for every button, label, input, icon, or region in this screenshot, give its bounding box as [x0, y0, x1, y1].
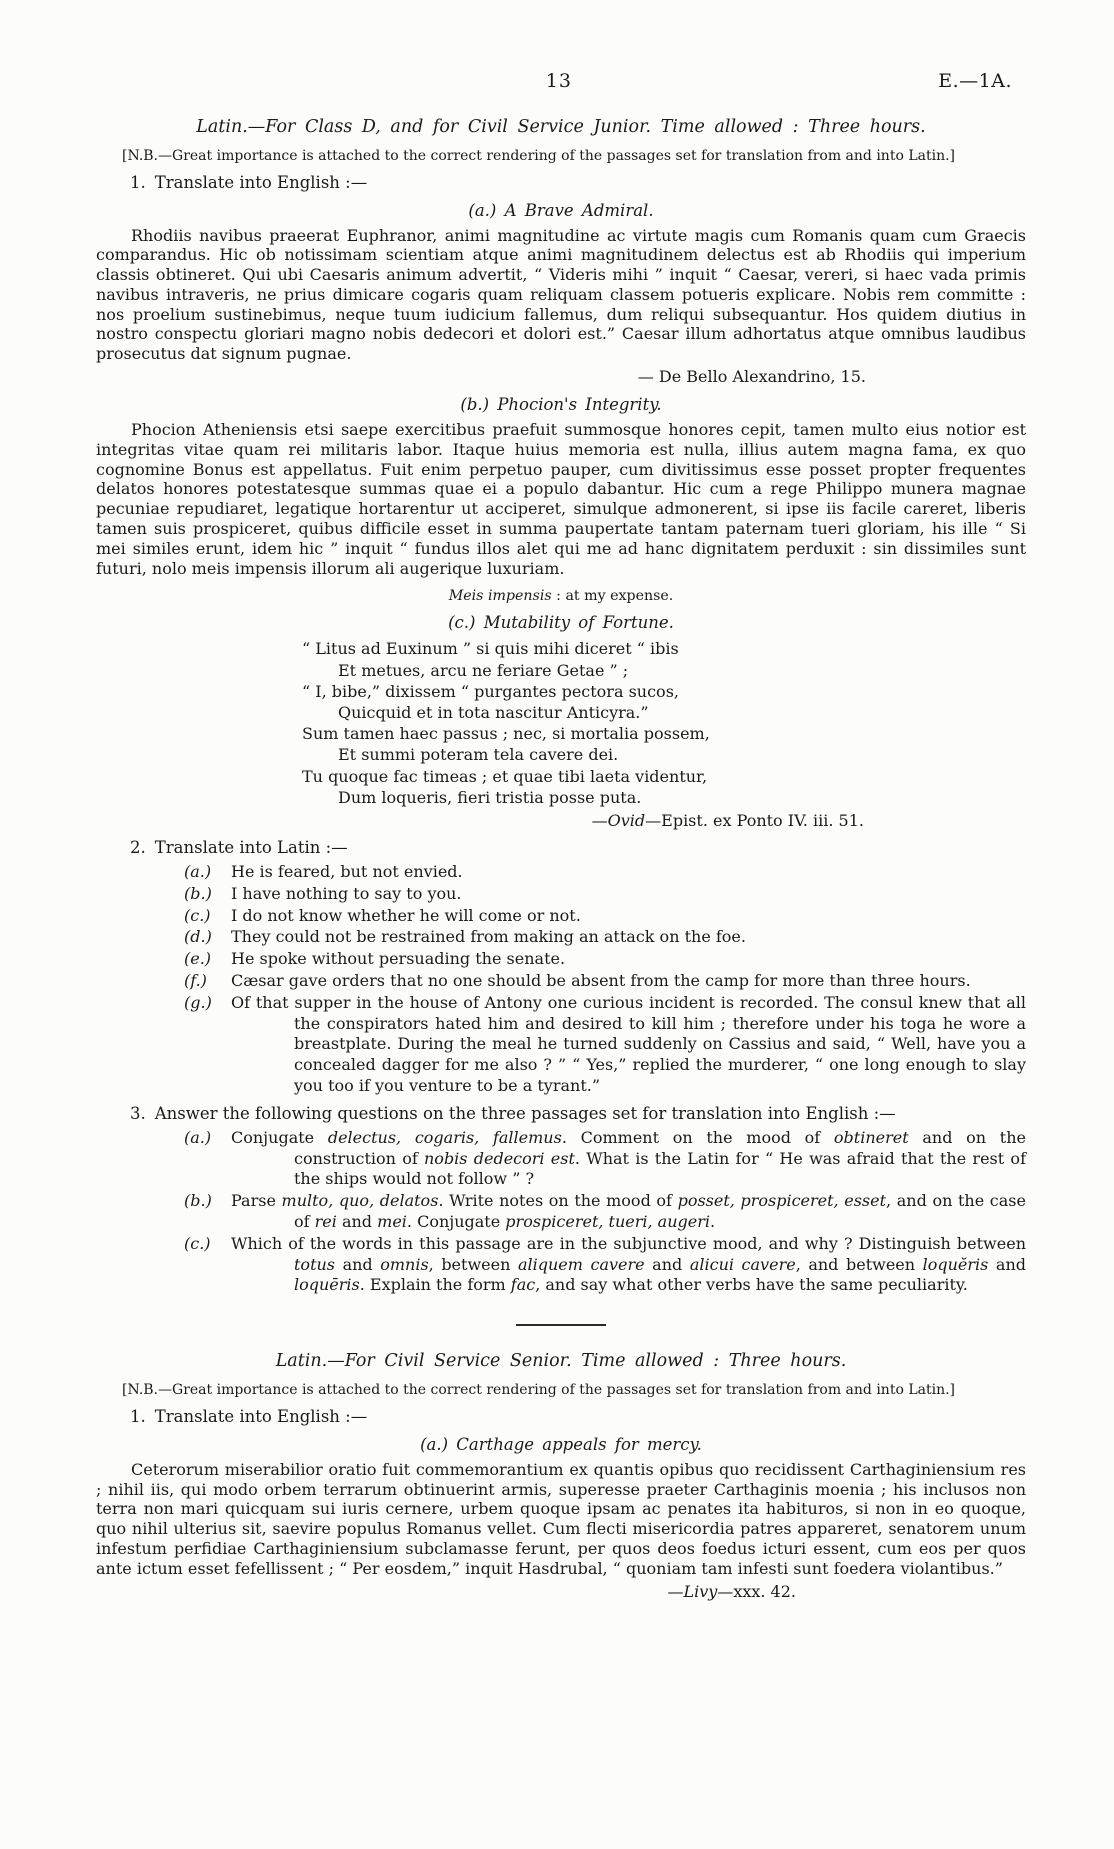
poem-line: Tu quoque fac timeas ; et quae tibi laet…	[302, 766, 1026, 787]
question-3-number: 3.	[130, 1104, 146, 1123]
question-3-text: Answer the following questions on the th…	[155, 1104, 896, 1123]
nb-note-junior: [N.B.—Great importance is attached to th…	[96, 148, 1026, 166]
item-text: Conjugate delectus, cogaris, fallemus. C…	[231, 1128, 1026, 1189]
list-item: (f.)Cæsar gave orders that no one should…	[96, 971, 1026, 992]
question-2-text: Translate into Latin :—	[155, 838, 348, 857]
list-item: (a.)He is feared, but not envied.	[96, 862, 1026, 883]
poem-line: Sum tamen haec passus ; nec, si mortalia…	[302, 723, 1026, 744]
nb-note-senior: [N.B.—Great importance is attached to th…	[96, 1382, 1026, 1400]
list-item: (e.)He spoke without persuading the sena…	[96, 949, 1026, 970]
item-text: He spoke without persuading the senate.	[231, 949, 565, 968]
exam-title-senior: Latin.—For Civil Service Senior. Time al…	[96, 1350, 1026, 1372]
page-header: 13 E.—1A.	[96, 70, 1026, 96]
question-1-senior-number: 1.	[130, 1407, 146, 1426]
senior-passage-a-body: Ceterorum miserabilior oratio fuit comme…	[96, 1460, 1026, 1579]
poem-line: “ Litus ad Euxinum ” si quis mihi dicere…	[302, 638, 1026, 659]
question-1-senior: 1.Translate into English :—	[96, 1406, 1026, 1427]
question-1: 1.Translate into English :—	[96, 172, 1026, 193]
item-marker: (c.)	[184, 906, 231, 927]
item-marker: (a.)	[184, 1128, 231, 1149]
poem-line: “ I, bibe,” dixissem “ purgantes pectora…	[302, 681, 1026, 702]
question-1-senior-text: Translate into English :—	[155, 1407, 367, 1426]
item-marker: (a.)	[184, 862, 231, 883]
senior-passage-a-heading: (a.) Carthage appeals for mercy.	[96, 1434, 1026, 1455]
item-marker: (c.)	[184, 1234, 231, 1255]
item-marker: (b.)	[184, 1191, 231, 1212]
item-text: He is feared, but not envied.	[231, 862, 463, 881]
list-item: (c.)I do not know whether he will come o…	[96, 906, 1026, 927]
question-1-number: 1.	[130, 173, 146, 192]
item-text: Of that supper in the house of Antony on…	[231, 993, 1026, 1095]
list-item: (b.)I have nothing to say to you.	[96, 884, 1026, 905]
poem-line: Et summi poteram tela cavere dei.	[302, 744, 1026, 765]
question-1-text: Translate into English :—	[155, 173, 367, 192]
poem: “ Litus ad Euxinum ” si quis mihi dicere…	[302, 638, 1026, 808]
page-number: 13	[546, 70, 572, 92]
poem-line: Dum loqueris, fieri tristia posse puta.	[302, 787, 1026, 808]
exam-title-junior: Latin.—For Class D, and for Civil Servic…	[96, 116, 1026, 138]
question-3: 3.Answer the following questions on the …	[96, 1103, 1026, 1124]
item-marker: (f.)	[184, 971, 231, 992]
question-2-number: 2.	[130, 838, 146, 857]
item-marker: (b.)	[184, 884, 231, 905]
poem-line: Quicquid et in tota nascitur Anticyra.”	[302, 702, 1026, 723]
senior-passage-a-source: —Livy—xxx. 42.	[96, 1582, 1026, 1602]
item-text: They could not be restrained from making…	[231, 927, 746, 946]
passage-a-source: — De Bello Alexandrino, 15.	[96, 367, 1026, 387]
passage-a-body: Rhodiis navibus praeerat Euphranor, anim…	[96, 226, 1026, 365]
item-text: I have nothing to say to you.	[231, 884, 462, 903]
list-item: (a.)Conjugate delectus, cogaris, fallemu…	[96, 1128, 1026, 1190]
item-marker: (g.)	[184, 993, 231, 1014]
list-item: (d.)They could not be restrained from ma…	[96, 927, 1026, 948]
passage-b-body: Phocion Atheniensis etsi saepe exercitib…	[96, 420, 1026, 578]
page-content: 13 E.—1A. Latin.—For Class D, and for Ci…	[0, 0, 1114, 1602]
vocabulary-note: Meis impensis : at my expense.	[96, 587, 1026, 605]
question-2: 2.Translate into Latin :—	[96, 837, 1026, 858]
list-item: (g.)Of that supper in the house of Anton…	[96, 993, 1026, 1097]
passage-c-heading: (c.) Mutability of Fortune.	[96, 612, 1026, 633]
passage-c-source: —Ovid—Epist. ex Ponto IV. iii. 51.	[96, 811, 1026, 831]
list-item: (b.)Parse multo, quo, delatos. Write not…	[96, 1191, 1026, 1233]
passage-a-heading: (a.) A Brave Admiral.	[96, 200, 1026, 221]
passage-b-heading: (b.) Phocion's Integrity.	[96, 394, 1026, 415]
item-text: Parse multo, quo, delatos. Write notes o…	[231, 1191, 1026, 1231]
item-text: Cæsar gave orders that no one should be …	[231, 971, 971, 990]
section-divider	[516, 1324, 606, 1326]
document-reference: E.—1A.	[938, 70, 1012, 92]
list-item: (c.)Which of the words in this passage a…	[96, 1234, 1026, 1296]
item-text: I do not know whether he will come or no…	[231, 906, 581, 925]
item-marker: (d.)	[184, 927, 231, 948]
poem-line: Et metues, arcu ne feriare Getae ” ;	[302, 660, 1026, 681]
item-text: Which of the words in this passage are i…	[231, 1234, 1026, 1295]
scanned-exam-page: 13 E.—1A. Latin.—For Class D, and for Ci…	[0, 0, 1114, 1849]
item-marker: (e.)	[184, 949, 231, 970]
